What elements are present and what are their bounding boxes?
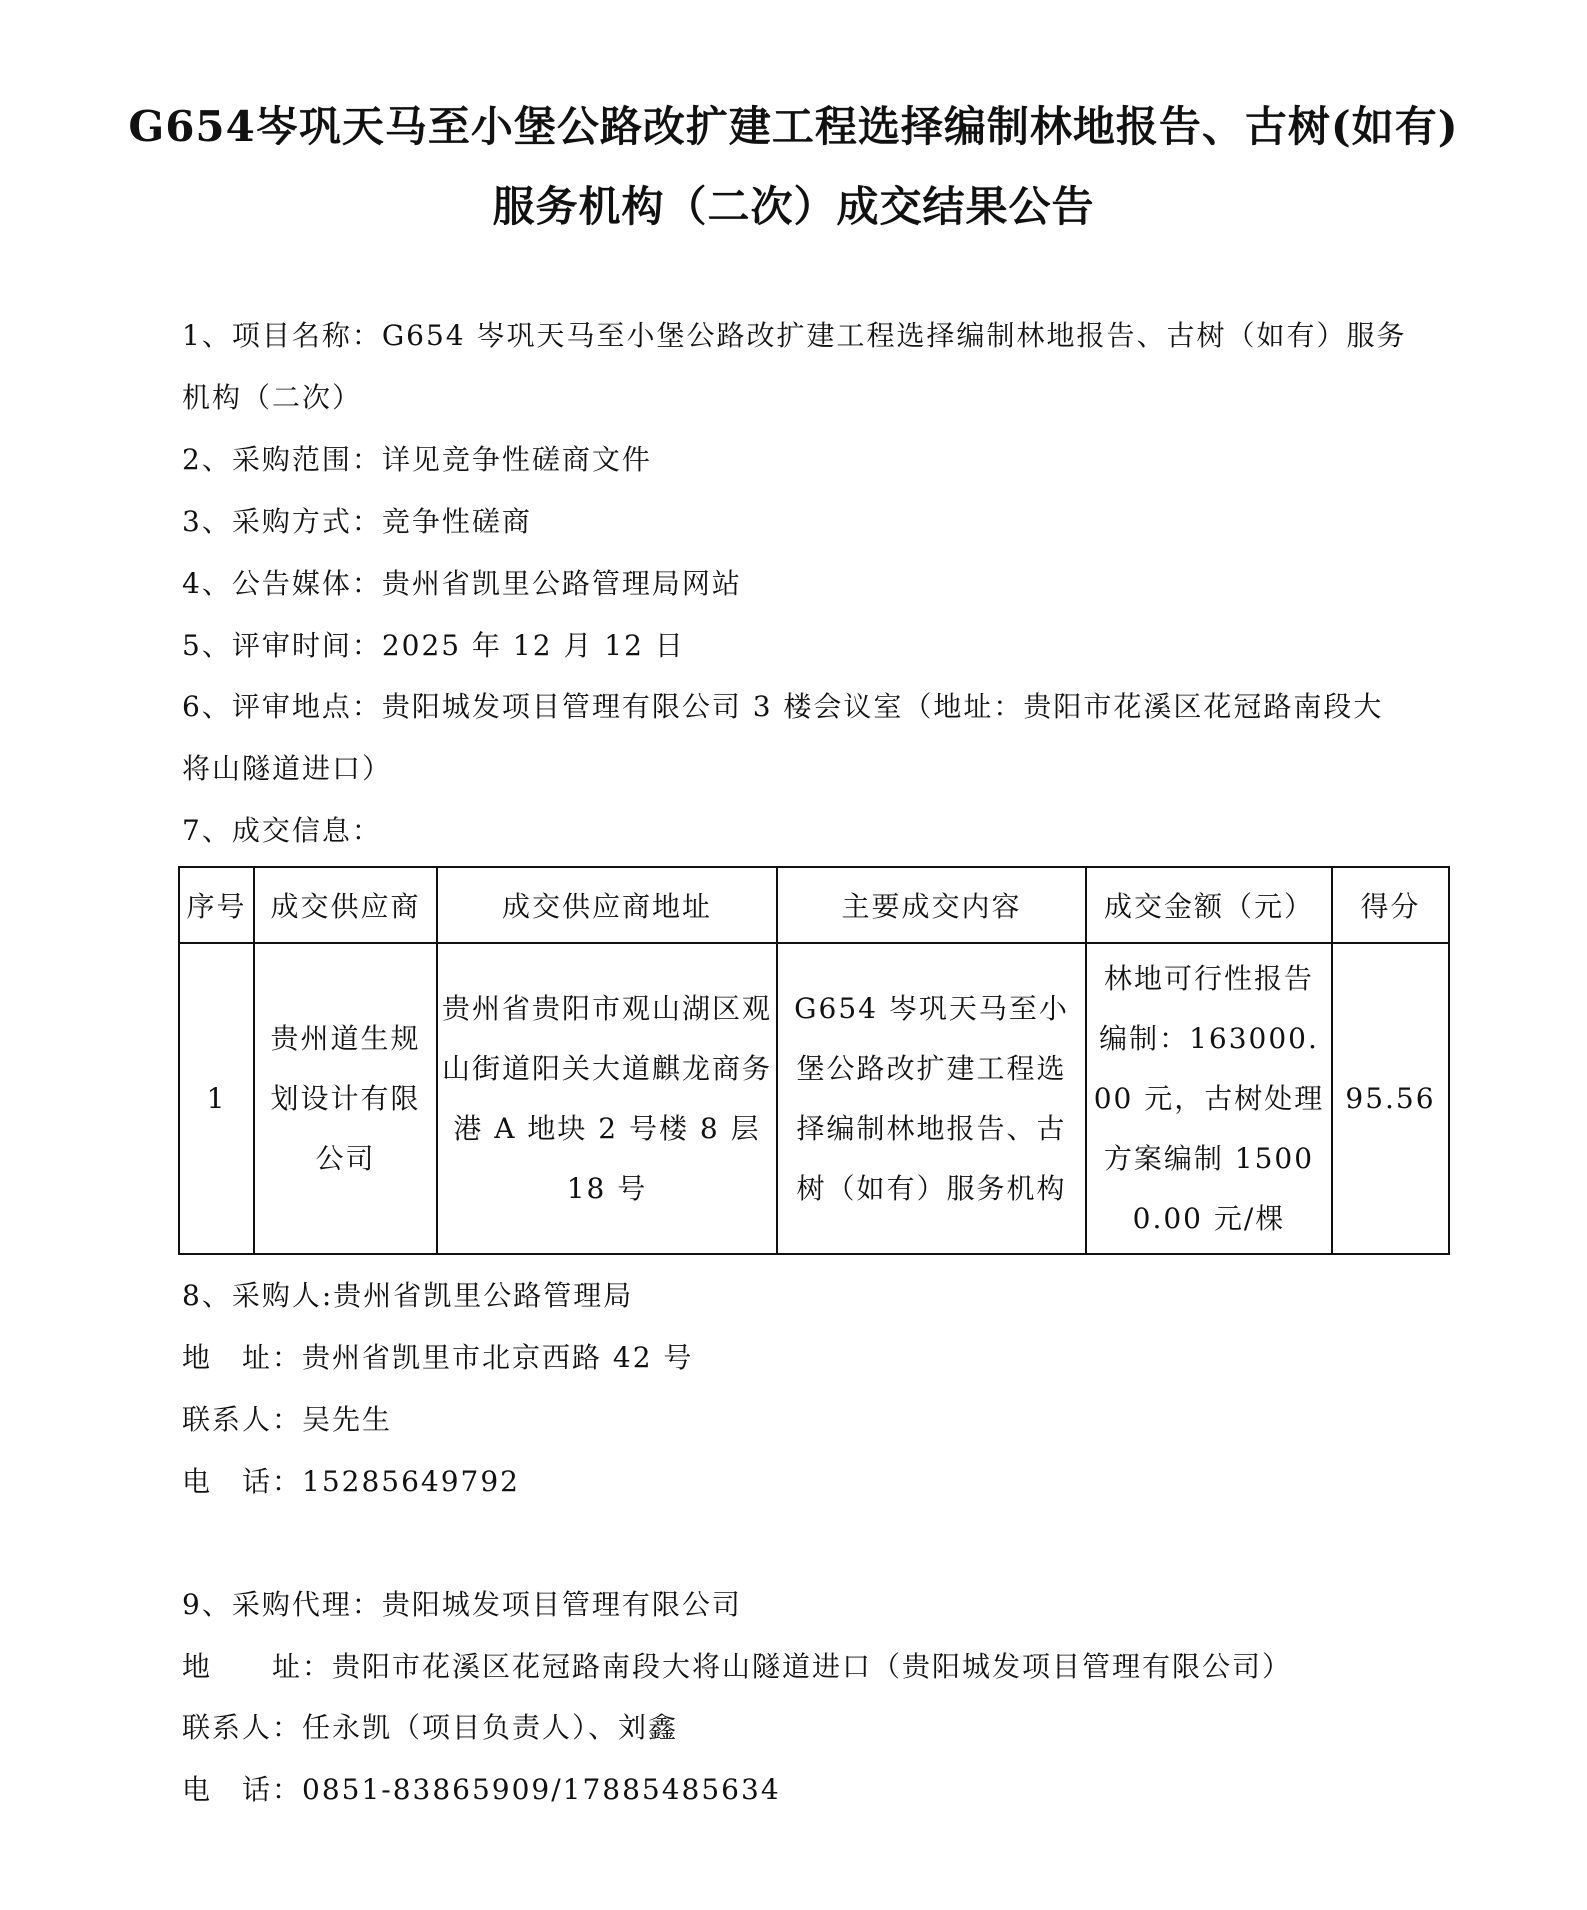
purchaser-heading: 8、采购人:贵州省凯里公路管理局 bbox=[182, 1276, 633, 1316]
purchaser-phone: 电 话：15285649792 bbox=[182, 1462, 520, 1502]
cell-serial-no: 1 bbox=[179, 943, 254, 1254]
item-announcement-media: 4、公告媒体：贵州省凯里公路管理局网站 bbox=[182, 564, 742, 604]
agent-heading: 9、采购代理：贵阳城发项目管理有限公司 bbox=[182, 1585, 742, 1625]
item-project-name: 1、项目名称：G654 岑巩天马至小堡公路改扩建工程选择编制林地报告、古树（如有… bbox=[182, 316, 1407, 356]
deal-result-table: 序号 成交供应商 成交供应商地址 主要成交内容 成交金额（元） 得分 1 贵州道… bbox=[178, 866, 1450, 1255]
header-main-content: 主要成交内容 bbox=[777, 867, 1086, 943]
purchaser-address: 地 址：贵州省凯里市北京西路 42 号 bbox=[182, 1338, 693, 1378]
item-deal-info-heading: 7、成交信息： bbox=[182, 811, 382, 851]
header-deal-amount: 成交金额（元） bbox=[1086, 867, 1332, 943]
header-supplier-address: 成交供应商地址 bbox=[437, 867, 777, 943]
item-review-place: 6、评审地点：贵阳城发项目管理有限公司 3 楼会议室（地址：贵阳市花溪区花冠路南… bbox=[182, 687, 1383, 727]
agent-phone: 电 话：0851-83865909/17885485634 bbox=[182, 1770, 781, 1810]
item-project-name-continued: 机构（二次） bbox=[182, 378, 362, 418]
agent-contact: 联系人：任永凯（项目负责人）、刘鑫 bbox=[182, 1708, 678, 1748]
cell-supplier: 贵州道生规划设计有限公司 bbox=[254, 943, 437, 1254]
agent-address: 地 址：贵阳市花溪区花冠路南段大将山隧道进口（贵阳城发项目管理有限公司） bbox=[182, 1647, 1292, 1687]
cell-score: 95.56 bbox=[1332, 943, 1449, 1254]
item-procurement-method: 3、采购方式：竞争性磋商 bbox=[182, 502, 532, 542]
item-procurement-scope: 2、采购范围：详见竞争性磋商文件 bbox=[182, 440, 652, 480]
header-serial-no: 序号 bbox=[179, 867, 254, 943]
table-row: 1 贵州道生规划设计有限公司 贵州省贵阳市观山湖区观山街道阳关大道麒龙商务港 A… bbox=[179, 943, 1449, 1254]
item-review-place-continued: 将山隧道进口） bbox=[182, 749, 392, 789]
purchaser-contact: 联系人：吴先生 bbox=[182, 1400, 392, 1440]
document-title-line-2: 服务机构（二次）成交结果公告 bbox=[0, 182, 1587, 232]
header-score: 得分 bbox=[1332, 867, 1449, 943]
header-supplier: 成交供应商 bbox=[254, 867, 437, 943]
document-title-line-1: G654岑巩天马至小堡公路改扩建工程选择编制林地报告、古树(如有) bbox=[0, 102, 1587, 152]
cell-main-content: G654 岑巩天马至小堡公路改扩建工程选择编制林地报告、古树（如有）服务机构 bbox=[777, 943, 1086, 1254]
table-header-row: 序号 成交供应商 成交供应商地址 主要成交内容 成交金额（元） 得分 bbox=[179, 867, 1449, 943]
cell-deal-amount: 林地可行性报告编制：163000.00 元，古树处理方案编制 15000.00 … bbox=[1086, 943, 1332, 1254]
item-review-time: 5、评审时间：2025 年 12 月 12 日 bbox=[182, 626, 685, 666]
cell-supplier-address: 贵州省贵阳市观山湖区观山街道阳关大道麒龙商务港 A 地块 2 号楼 8 层 18… bbox=[437, 943, 777, 1254]
